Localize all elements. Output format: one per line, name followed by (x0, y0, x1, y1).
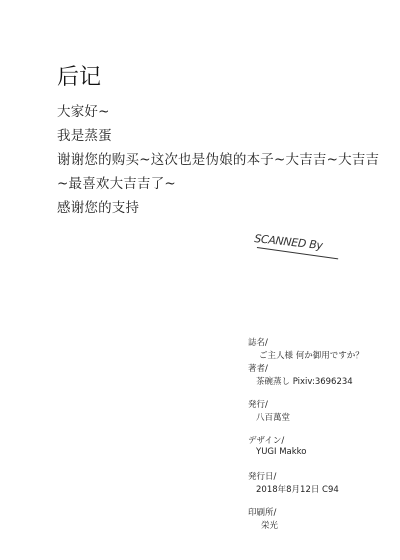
colophon-value-design: YUGI Makko (256, 447, 307, 457)
scanner-signature: SCANNED By (255, 226, 345, 266)
body-line-author: 我是蒸蛋 (57, 127, 112, 145)
body-line-support: 感谢您的支持 (57, 199, 139, 217)
body-line-greeting: 大家好~ (57, 103, 110, 121)
colophon-label-author: 著者/ (248, 362, 268, 374)
colophon-label-printer: 印刷所/ (248, 506, 276, 518)
colophon-label-date: 発行日/ (248, 470, 276, 482)
colophon-label-design: デザイン/ (248, 434, 284, 446)
page-title: 后记 (57, 64, 101, 92)
colophon-label-title: 誌名/ (248, 336, 268, 348)
colophon-value-author: 茶碗蒸し Pixiv:3696234 (256, 375, 353, 387)
colophon-value-publisher: 八百萬堂 (256, 411, 290, 423)
colophon-value-printer: 栄光 (261, 519, 278, 531)
body-line-favorite: ~最喜欢大吉吉了~ (57, 175, 176, 193)
colophon-label-publisher: 発行/ (248, 398, 268, 410)
body-line-thanks: 谢谢您的购买~这次也是伪娘的本子~大吉吉~大吉吉 (57, 151, 379, 169)
colophon-value-date: 2018年8月12日 C94 (256, 483, 339, 495)
colophon-value-title: ご主人様 何か御用ですか？ (259, 349, 364, 361)
